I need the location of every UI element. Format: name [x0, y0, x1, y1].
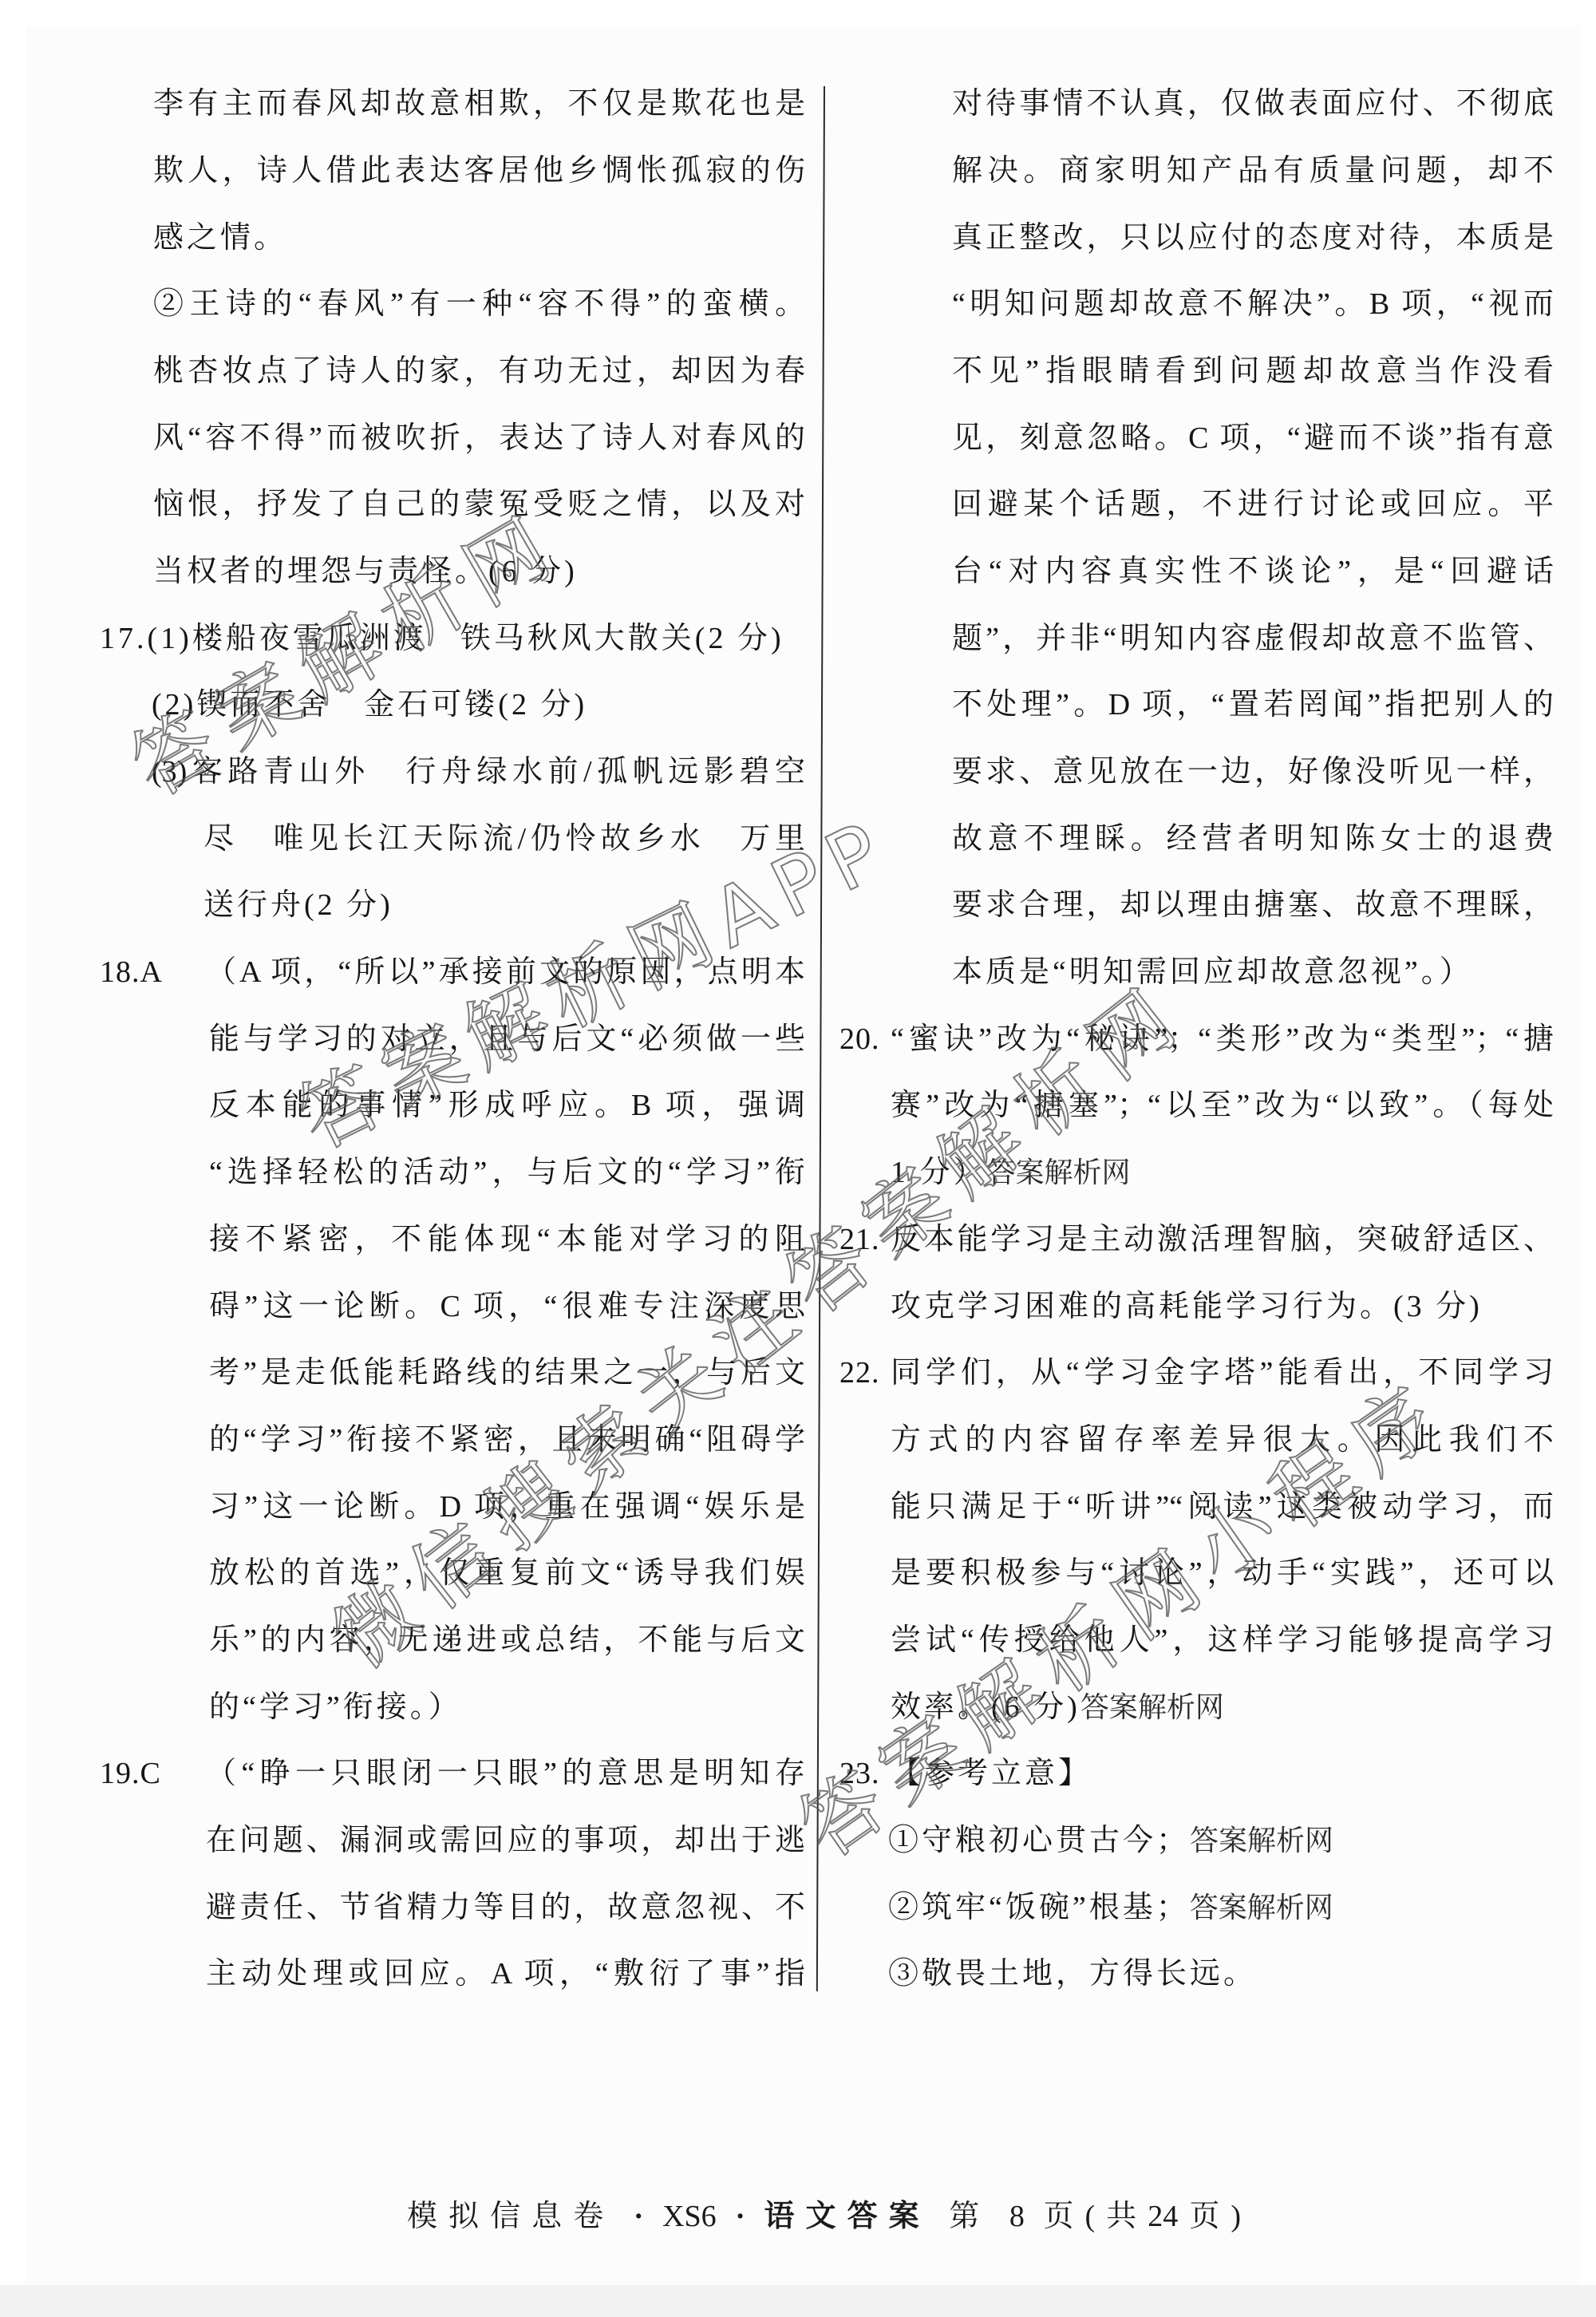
line-text: 的“学习”衔接。）	[209, 1690, 462, 1724]
scan-margin	[0, 2285, 1596, 2317]
line-text: 攻克学习困难的高耗能学习行为。(3 分)	[891, 1290, 1483, 1323]
q19-line: 题”，并非“明知内容虚假却故意不监管、	[952, 606, 1554, 673]
q23-point: ③敬畏土地，方得长远。	[888, 1941, 1554, 2008]
q19-line: 19.C（“睁一只眼闭一只眼”的意思是明知存	[206, 1741, 805, 1808]
line-text: 不见”指眼睛看到问题却故意当作没看	[952, 354, 1554, 388]
line-text: 放松的首选”，仅重复前文“诱导我们娱	[209, 1556, 805, 1590]
footer-series: 模拟信息卷	[407, 2200, 614, 2233]
right-column: 对待事情不认真，仅做表面应付、不彻底 解决。商家明知产品有质量问题，却不 真正整…	[798, 71, 1554, 2008]
q18-line: 放松的首选”，仅重复前文“诱导我们娱	[209, 1540, 805, 1607]
q22-line: 能只满足于“听讲”“阅读”这类被动学习，而	[891, 1474, 1554, 1541]
q23-point: ②筑牢“饭碗”根基；答案解析网	[888, 1875, 1554, 1942]
q19-line: 不处理”。D 项，“置若罔闻”指把别人的	[952, 672, 1554, 739]
q19-line: 故意不理睬。经营者明知陈女士的退费	[952, 806, 1554, 873]
q22-line: 是要积极参与“讨论”，动手“实践”，还可以	[891, 1540, 1554, 1607]
q16-line: ②王诗的“春风”有一种“容不得”的蛮横。	[153, 271, 805, 338]
point-text: ①守粮初心贯古今；	[888, 1824, 1190, 1857]
line-text: 反本能的事情”形成呼应。B 项，强调	[209, 1089, 805, 1122]
footer-separator: ·	[735, 2200, 745, 2233]
question-number: 18.	[100, 955, 140, 989]
line-text: 同学们，从“学习金字塔”能看出，不同学习	[891, 1356, 1554, 1390]
q19-line: 台“对内容真实性不谈论”，是“回避话	[952, 539, 1554, 606]
q19-line: 避责任、节省精力等目的，故意忽视、不	[206, 1875, 805, 1942]
q19-line: 不见”指眼睛看到问题却故意当作没看	[952, 338, 1554, 405]
footer-separator: ·	[634, 2200, 644, 2233]
line-text: 碍”这一论断。C 项，“很难专注深度思	[209, 1290, 805, 1323]
q20-line: 20.“蜜诀”改为“秘诀”；“类形”改为“类型”；“搪	[891, 1006, 1554, 1073]
question-number: 21.	[839, 1207, 880, 1274]
q16-line: 欺人，诗人借此表达客居他乡惆怅孤寂的伤	[153, 138, 805, 205]
line-text: (2)锲而不舍 金石可镂(2 分)	[152, 688, 587, 722]
left-column: 李有主而春风却故意相欺，不仅是欺花也是 欺人，诗人借此表达客居他乡惆怅孤寂的伤 …	[0, 71, 805, 2008]
line-text: 本质是“明知需回应却故意忽视”。）	[952, 955, 1473, 989]
question-number: 20.	[839, 1006, 880, 1073]
line-text: 当权者的埋怨与责怪。(6 分)	[153, 555, 578, 588]
question-number: 22.	[839, 1340, 880, 1407]
line-text: 在问题、漏洞或需回应的事项，却出于逃	[206, 1824, 805, 1857]
q18-line: 考”是走低能耗路线的结果之一，与后文	[209, 1340, 805, 1407]
line-text: 李有主而春风却故意相欺，不仅是欺花也是	[153, 87, 805, 121]
q17-line: (3)客路青山外 行舟绿水前/孤帆远影碧空	[152, 739, 805, 806]
line-text: 要求、意见放在一边，好像没听见一样，	[952, 755, 1554, 789]
q19-line: 解决。商家明知产品有质量问题，却不	[952, 138, 1554, 205]
q19-line: 回避某个话题，不进行讨论或回应。平	[952, 472, 1554, 539]
q18-line: 接不紧密，不能体现“本能对学习的阻	[209, 1207, 805, 1274]
line-text: 乐”的内容，无递进或总结，不能与后文	[209, 1623, 805, 1657]
watermark-inline-text: 答案解析网	[987, 1157, 1131, 1189]
line-text: 送行舟(2 分)	[203, 888, 393, 922]
footer-page-prefix: 第	[949, 2200, 990, 2233]
line-text: 考”是走低能耗路线的结果之一，与后文	[209, 1356, 805, 1390]
q21-line: 攻克学习困难的高耗能学习行为。(3 分)	[891, 1274, 1554, 1341]
q22-line: 22.同学们，从“学习金字塔”能看出，不同学习	[891, 1340, 1554, 1407]
q17-line: 送行舟(2 分)	[203, 872, 805, 939]
watermark-inline-text: 答案解析网	[1190, 1892, 1333, 1924]
line-text: 是要积极参与“讨论”，动手“实践”，还可以	[891, 1556, 1554, 1590]
q19-line: “明知问题却故意不解决”。B 项，“视而	[952, 271, 1554, 338]
line-text: ②王诗的“春风”有一种“容不得”的蛮横。	[153, 287, 805, 321]
line-text: 解决。商家明知产品有质量问题，却不	[952, 154, 1554, 188]
footer-subject: 语文答案	[764, 2200, 930, 2233]
question-number: 19.	[100, 1757, 140, 1790]
q16-line: 桃杏妆点了诗人的家，有功无过，却因为春	[153, 338, 805, 405]
line-text: （A 项，“所以”承接前文的原因，点明本	[206, 955, 805, 989]
q19-line: 对待事情不认真，仅做表面应付、不彻底	[952, 71, 1554, 138]
line-text: 1 分）	[891, 1156, 987, 1189]
footer-total-prefix: (共	[1085, 2200, 1148, 2233]
q18-line: “选择轻松的活动”，与后文的“学习”衔	[209, 1140, 805, 1207]
q18-line: 习”这一论断。D 项，重在强调“娱乐是	[209, 1474, 805, 1541]
footer-total-pages: 24	[1148, 2200, 1178, 2233]
line-text: 故意不理睬。经营者明知陈女士的退费	[952, 822, 1554, 856]
footer-page-number: 8	[1009, 2200, 1025, 2233]
line-text: 尽 唯见长江天际流/仍怜故乡水 万里	[203, 822, 805, 856]
q19-line: 见，刻意忽略。C 项，“避而不谈”指有意	[952, 405, 1554, 472]
line-text: 对待事情不认真，仅做表面应付、不彻底	[952, 87, 1554, 121]
q16-line: 李有主而春风却故意相欺，不仅是欺花也是	[153, 71, 805, 138]
q18-line: 18.A（A 项，“所以”承接前文的原因，点明本	[206, 939, 805, 1006]
line-text: 题”，并非“明知内容虚假却故意不监管、	[952, 622, 1554, 655]
q19-line: 本质是“明知需回应却故意忽视”。）	[952, 939, 1554, 1006]
q23-point: ①守粮初心贯古今；答案解析网	[888, 1808, 1554, 1875]
q18-line: 碍”这一论断。C 项，“很难专注深度思	[209, 1274, 805, 1341]
question-number: 23.	[839, 1741, 880, 1808]
line-text: 要求合理，却以理由搪塞、故意不理睬，	[952, 888, 1554, 922]
footer-page-suffix: 页	[1043, 2200, 1084, 2233]
q22-line: 尝试“传授给他人”，这样学习能够提高学习	[891, 1607, 1554, 1674]
line-text: 的“学习”衔接不紧密，且未明确“阻碍学	[209, 1423, 805, 1457]
q23-heading-line: 23.【参考立意】	[891, 1741, 1554, 1808]
watermark-inline-text: 答案解析网	[1080, 1691, 1224, 1724]
q20-line: 1 分）答案解析网	[891, 1140, 1554, 1207]
line-text: （“睁一只眼闭一只眼”的意思是明知存	[206, 1757, 805, 1790]
line-text: (3)客路青山外 行舟绿水前/孤帆远影碧空	[152, 755, 805, 789]
footer-code: XS6	[662, 2200, 717, 2233]
q16-line: 恼恨，抒发了自己的蒙冤受贬之情，以及对	[153, 472, 805, 539]
line-text: 欺人，诗人借此表达客居他乡惆怅孤寂的伤	[153, 154, 805, 188]
point-text: ②筑牢“饭碗”根基；	[888, 1891, 1190, 1924]
line-text: 反本能学习是主动激活理智脑，突破舒适区、	[891, 1223, 1554, 1256]
line-text: 避责任、节省精力等目的，故意忽视、不	[206, 1891, 805, 1924]
line-text: “蜜诀”改为“秘诀”；“类形”改为“类型”；“搪	[891, 1022, 1554, 1056]
line-text: 主动处理或回应。A 项，“敷衍了事”指	[206, 1957, 805, 1991]
question-label: 18.A	[100, 939, 163, 1006]
q18-line: 反本能的事情”形成呼应。B 项，强调	[209, 1073, 805, 1140]
line-text: 风“容不得”而被吹折，表达了诗人对春风的	[153, 421, 805, 455]
q20-line: 赛”改为“搪塞”；“以至”改为“以致”。（每处	[891, 1073, 1554, 1140]
line-text: 尝试“传授给他人”，这样学习能够提高学习	[891, 1623, 1554, 1657]
line-text: 不处理”。D 项，“置若罔闻”指把别人的	[952, 688, 1554, 722]
footer-total-suffix: 页)	[1178, 2200, 1241, 2233]
line-text: “选择轻松的活动”，与后文的“学习”衔	[209, 1156, 805, 1189]
line-text: 接不紧密，不能体现“本能对学习的阻	[209, 1223, 805, 1256]
q18-line: 的“学习”衔接。）	[209, 1674, 805, 1742]
q16-line: 风“容不得”而被吹折，表达了诗人对春风的	[153, 405, 805, 472]
q18-line: 乐”的内容，无递进或总结，不能与后文	[209, 1607, 805, 1674]
q21-line: 21.反本能学习是主动激活理智脑，突破舒适区、	[891, 1207, 1554, 1274]
line-text: 效率。(6 分)	[891, 1690, 1080, 1724]
line-text: 感之情。	[153, 221, 287, 255]
q19-line: 真正整改，只以应付的态度对待，本质是	[952, 205, 1554, 272]
line-text: 真正整改，只以应付的态度对待，本质是	[952, 221, 1554, 255]
q16-line: 当权者的埋怨与责怪。(6 分)	[153, 539, 805, 606]
section-heading: 【参考立意】	[891, 1757, 1092, 1790]
question-number: 17.	[100, 622, 148, 655]
q19-line: 要求、意见放在一边，好像没听见一样，	[952, 739, 1554, 806]
q19-line: 主动处理或回应。A 项，“敷衍了事”指	[206, 1941, 805, 2008]
page-footer: 模拟信息卷 · XS6 · 语文答案 第 8 页(共24页)	[407, 2183, 1241, 2250]
line-text: (1)楼船夜雪瓜洲渡 铁马秋风大散关(2 分)	[148, 622, 784, 655]
q19-line: 要求合理，却以理由搪塞、故意不理睬，	[952, 872, 1554, 939]
question-label: 19.C	[100, 1741, 161, 1808]
q22-line: 效率。(6 分)答案解析网	[891, 1674, 1554, 1742]
q17-line: 17.(1)楼船夜雪瓜洲渡 铁马秋风大散关(2 分)	[100, 606, 805, 673]
q18-line: 能与学习的对立，且与后文“必须做一些	[209, 1006, 805, 1073]
line-text: 赛”改为“搪塞”；“以至”改为“以致”。（每处	[891, 1089, 1554, 1122]
line-text: 能与学习的对立，且与后文“必须做一些	[209, 1022, 805, 1056]
q19-line: 在问题、漏洞或需回应的事项，却出于逃	[206, 1808, 805, 1875]
line-text: 习”这一论断。D 项，重在强调“娱乐是	[209, 1490, 805, 1524]
q17-line: 尽 唯见长江天际流/仍怜故乡水 万里	[203, 806, 805, 873]
line-text: 方式的内容留存率差异很大。因此我们不	[891, 1423, 1554, 1457]
line-text: 回避某个话题，不进行讨论或回应。平	[952, 488, 1554, 521]
point-text: ③敬畏土地，方得长远。	[888, 1957, 1257, 1991]
line-text: 桃杏妆点了诗人的家，有功无过，却因为春	[153, 354, 805, 388]
q22-line: 方式的内容留存率差异很大。因此我们不	[891, 1407, 1554, 1474]
line-text: “明知问题却故意不解决”。B 项，“视而	[952, 287, 1554, 321]
line-text: 恼恨，抒发了自己的蒙冤受贬之情，以及对	[153, 488, 805, 521]
line-text: 台“对内容真实性不谈论”，是“回避话	[952, 555, 1554, 588]
q18-line: 的“学习”衔接不紧密，且未明确“阻碍学	[209, 1407, 805, 1474]
q17-line: (2)锲而不舍 金石可镂(2 分)	[152, 672, 805, 739]
line-text: 见，刻意忽略。C 项，“避而不谈”指有意	[952, 421, 1554, 455]
watermark-inline-text: 答案解析网	[1190, 1825, 1333, 1857]
q16-line: 感之情。	[153, 205, 805, 272]
answer-choice: A	[140, 955, 163, 989]
answer-choice: C	[140, 1757, 161, 1790]
line-text: 能只满足于“听讲”“阅读”这类被动学习，而	[891, 1490, 1554, 1524]
